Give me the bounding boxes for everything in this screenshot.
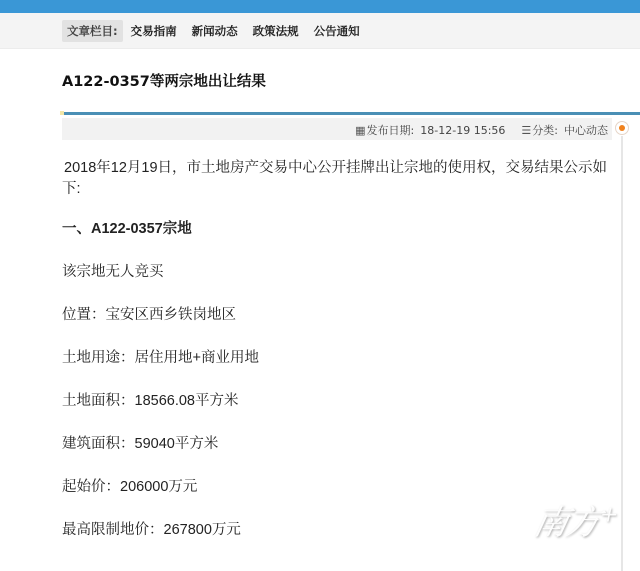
meta-info: ▦ 发布日期: 18-12-19 15:56 ☰ 分类: 中心动态 <box>355 122 608 138</box>
intro-paragraph: 2018年12月19日，市土地房产交易中心公开挂牌出让宗地的使用权，交易结果公示… <box>62 158 614 200</box>
publish-date-label: 发布日期: <box>367 122 415 138</box>
section-heading: 一、A122-0357宗地 <box>62 219 614 240</box>
body-line-building-area: 建筑面积：59040平方米 <box>62 434 614 455</box>
nav-item-policies[interactable]: 政策法规 <box>253 23 299 39</box>
body-line-land-use: 土地用途：居住用地+商业用地 <box>62 348 614 369</box>
article-body: 2018年12月19日，市土地房产交易中心公开挂牌出让宗地的使用权，交易结果公示… <box>62 158 614 563</box>
watermark-text: 南方 <box>530 503 603 543</box>
divider-marker <box>60 111 64 115</box>
column-nav: 文章栏目: 交易指南 新闻动态 政策法规 公告通知 <box>62 20 375 42</box>
calendar-icon: ▦ <box>355 124 365 137</box>
article-title: A122-0357等两宗地出让结果 <box>62 70 266 91</box>
nav-item-trading-guide[interactable]: 交易指南 <box>131 23 177 39</box>
body-line-location: 位置：宝安区西乡铁岗地区 <box>62 305 614 326</box>
list-icon: ☰ <box>521 124 531 137</box>
column-nav-label: 文章栏目: <box>62 20 123 42</box>
nav-item-news[interactable]: 新闻动态 <box>192 23 238 39</box>
publish-date-value: 18-12-19 15:56 <box>420 124 505 137</box>
article-meta: ▦ 发布日期: 18-12-19 15:56 ☰ 分类: 中心动态 <box>62 118 612 140</box>
column-navbar: 文章栏目: 交易指南 新闻动态 政策法规 公告通知 <box>0 13 640 49</box>
category-label: 分类: <box>532 122 558 138</box>
watermark-logo: 南方+ <box>530 495 621 544</box>
body-line-no-bidder: 该宗地无人竞买 <box>62 262 614 283</box>
top-header-bar <box>0 0 640 13</box>
timeline-dot-icon <box>615 121 629 135</box>
category-value[interactable]: 中心动态 <box>564 122 608 138</box>
nav-item-announcements[interactable]: 公告通知 <box>314 23 360 39</box>
timeline-line <box>621 136 623 571</box>
article-divider <box>62 112 640 115</box>
body-line-starting-price: 起始价：206000万元 <box>62 477 614 498</box>
body-line-land-area: 土地面积：18566.08平方米 <box>62 391 614 412</box>
